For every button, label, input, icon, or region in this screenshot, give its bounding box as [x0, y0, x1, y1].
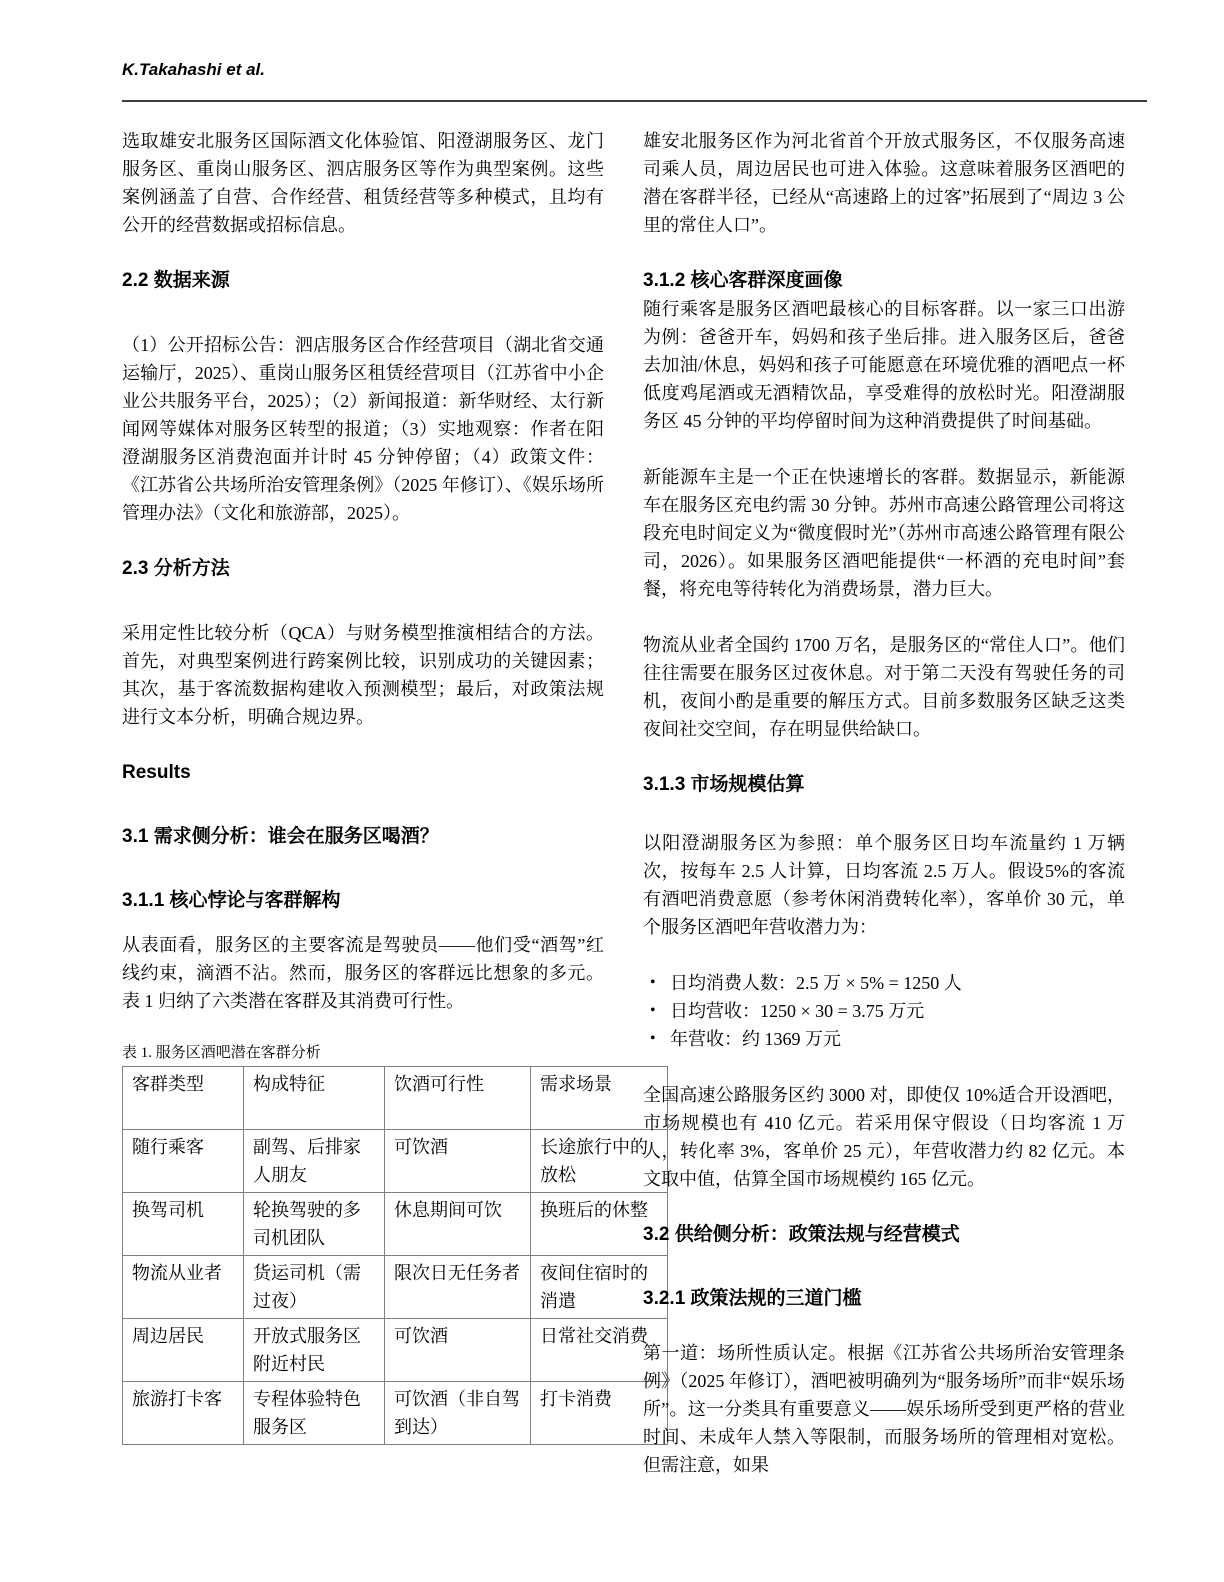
- table-cell: 周边居民: [123, 1319, 244, 1382]
- paragraph-data-sources: （1）公开招标公告：泗店服务区合作经营项目（湖北省交通运输厅，2025）、重岗山…: [122, 331, 604, 527]
- table-cell: 随行乘客: [123, 1130, 244, 1193]
- paragraph-methods: 采用定性比较分析（QCA）与财务模型推演相结合的方法。首先，对典型案例进行跨案例…: [122, 619, 604, 731]
- table-cell: 物流从业者: [123, 1256, 244, 1319]
- bullet-item: 年营收：约 1369 万元: [643, 1025, 1125, 1053]
- table-1-customer-segments: 客群类型 构成特征 饮酒可行性 需求场景 随行乘客 副驾、后排家人朋友 可饮酒 …: [122, 1066, 668, 1445]
- paragraph-ev-owners: 新能源车主是一个正在快速增长的客群。数据显示，新能源车在服务区充电约需 30 分…: [643, 463, 1125, 603]
- table-cell: 可饮酒: [385, 1130, 531, 1193]
- table-row: 旅游打卡客 专程体验特色服务区 可饮酒（非自驾到达） 打卡消费: [123, 1382, 668, 1445]
- header-rule: [122, 100, 1147, 102]
- table-row: 周边居民 开放式服务区附近村民 可饮酒 日常社交消费: [123, 1319, 668, 1382]
- heading-2-2: 2.2 数据来源: [122, 267, 604, 295]
- heading-3-1: 3.1 需求侧分析：谁会在服务区喝酒？: [122, 823, 604, 851]
- table-cell: 开放式服务区附近村民: [244, 1319, 385, 1382]
- paragraph-logistics: 物流从业者全国约 1700 万名，是服务区的“常住人口”。他们往往需要在服务区过…: [643, 631, 1125, 743]
- col-header: 客群类型: [123, 1067, 244, 1130]
- running-head-authors: K.Takahashi et al.: [122, 60, 265, 80]
- table-cell: 轮换驾驶的多司机团队: [244, 1193, 385, 1256]
- paragraph-paradox: 从表面看，服务区的主要客流是驾驶员——他们受“酒驾”红线约束，滴酒不沾。然而，服…: [122, 931, 604, 1015]
- right-column: 雄安北服务区作为河北省首个开放式服务区，不仅服务高速司乘人员，周边居民也可进入体…: [643, 103, 1125, 1507]
- paragraph-open-service-area: 雄安北服务区作为河北省首个开放式服务区，不仅服务高速司乘人员，周边居民也可进入体…: [643, 127, 1125, 239]
- left-column: 选取雄安北服务区国际酒文化体验馆、阳澄湖服务区、龙门服务区、重岗山服务区、泗店服…: [122, 103, 604, 1445]
- table-cell: 旅游打卡客: [123, 1382, 244, 1445]
- heading-3-2-1: 3.2.1 政策法规的三道门槛: [643, 1285, 1125, 1313]
- paragraph-first-threshold: 第一道：场所性质认定。根据《江苏省公共场所治安管理条例》（2025 年修订），酒…: [643, 1339, 1125, 1479]
- table-cell: 专程体验特色服务区: [244, 1382, 385, 1445]
- table-row: 换驾司机 轮换驾驶的多司机团队 休息期间可饮 换班后的休整: [123, 1193, 668, 1256]
- paragraph-passengers: 随行乘客是服务区酒吧最核心的目标客群。以一家三口出游为例：爸爸开车，妈妈和孩子坐…: [643, 295, 1125, 435]
- bullet-item: 日均消费人数：2.5 万 × 5% = 1250 人: [643, 969, 1125, 997]
- heading-3-1-1: 3.1.1 核心悖论与客群解构: [122, 887, 604, 915]
- heading-results: Results: [122, 759, 604, 787]
- paragraph-cases-intro: 选取雄安北服务区国际酒文化体验馆、阳澄湖服务区、龙门服务区、重岗山服务区、泗店服…: [122, 127, 604, 239]
- table-cell: 限次日无任务者: [385, 1256, 531, 1319]
- table-cell: 副驾、后排家人朋友: [244, 1130, 385, 1193]
- table-cell: 休息期间可饮: [385, 1193, 531, 1256]
- bullet-item: 日均营收：1250 × 30 = 3.75 万元: [643, 997, 1125, 1025]
- table-cell: 可饮酒: [385, 1319, 531, 1382]
- col-header: 构成特征: [244, 1067, 385, 1130]
- paper-page: K.Takahashi et al. 选取雄安北服务区国际酒文化体验馆、阳澄湖服…: [0, 0, 1224, 1582]
- paragraph-national-market: 全国高速公路服务区约 3000 对，即使仅 10%适合开设酒吧，市场规模也有 4…: [643, 1081, 1125, 1193]
- table-header-row: 客群类型 构成特征 饮酒可行性 需求场景: [123, 1067, 668, 1130]
- table-row: 物流从业者 货运司机（需过夜） 限次日无任务者 夜间住宿时的消遣: [123, 1256, 668, 1319]
- col-header: 饮酒可行性: [385, 1067, 531, 1130]
- table-cell: 可饮酒（非自驾到达）: [385, 1382, 531, 1445]
- table-cell: 货运司机（需过夜）: [244, 1256, 385, 1319]
- table-row: 随行乘客 副驾、后排家人朋友 可饮酒 长途旅行中的放松: [123, 1130, 668, 1193]
- heading-3-1-2: 3.1.2 核心客群深度画像: [643, 267, 1125, 295]
- revenue-bullet-list: 日均消费人数：2.5 万 × 5% = 1250 人 日均营收：1250 × 3…: [643, 969, 1125, 1053]
- heading-3-2: 3.2 供给侧分析：政策法规与经营模式: [643, 1221, 1125, 1249]
- paragraph-market-reference: 以阳澄湖服务区为参照：单个服务区日均车流量约 1 万辆次，按每车 2.5 人计算…: [643, 829, 1125, 941]
- heading-3-1-3: 3.1.3 市场规模估算: [643, 771, 1125, 799]
- heading-2-3: 2.3 分析方法: [122, 555, 604, 583]
- table-1-caption: 表 1. 服务区酒吧潜在客群分析: [122, 1043, 604, 1063]
- table-cell: 换驾司机: [123, 1193, 244, 1256]
